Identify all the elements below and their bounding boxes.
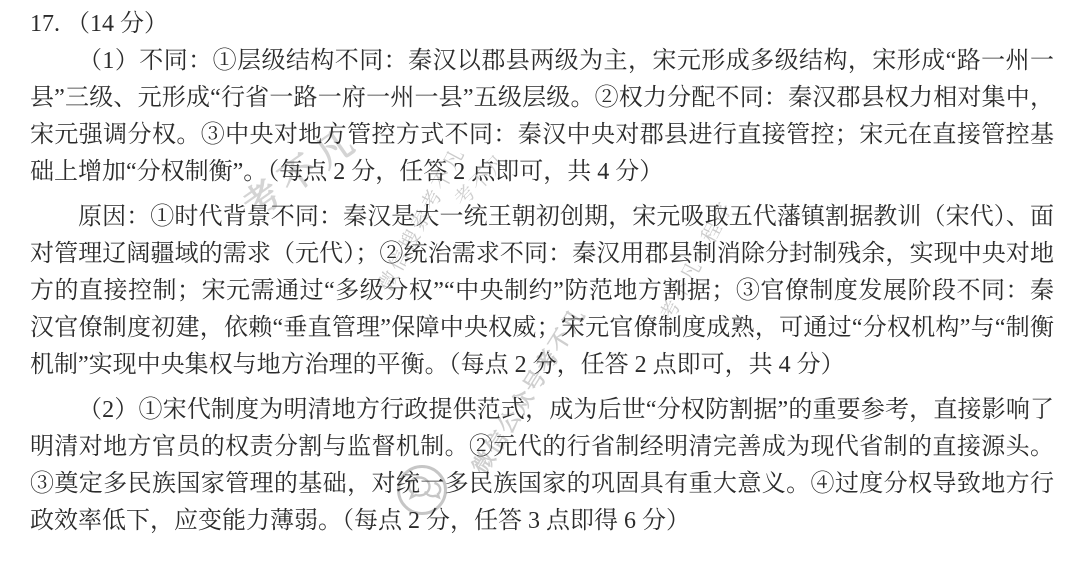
answer-paragraph-2: 原因：①时代背景不同：秦汉是大一统王朝初创期，宋元吸取五代藩镇割据教训（宋代）、… [30,199,1054,384]
question-heading: 17. （14 分） [30,6,1054,43]
answer-paragraph-3: （2）①宋代制度为明清地方行政提供范式，成为后世“分权防割据”的重要参考，直接影… [30,392,1054,540]
document-page: 17. （14 分） （1）不同：①层级结构不同：秦汉以郡县两级为主，宋元形成多… [0,0,1084,587]
answer-paragraph-1: （1）不同：①层级结构不同：秦汉以郡县两级为主，宋元形成多级结构，宋形成“路一州… [30,43,1054,191]
